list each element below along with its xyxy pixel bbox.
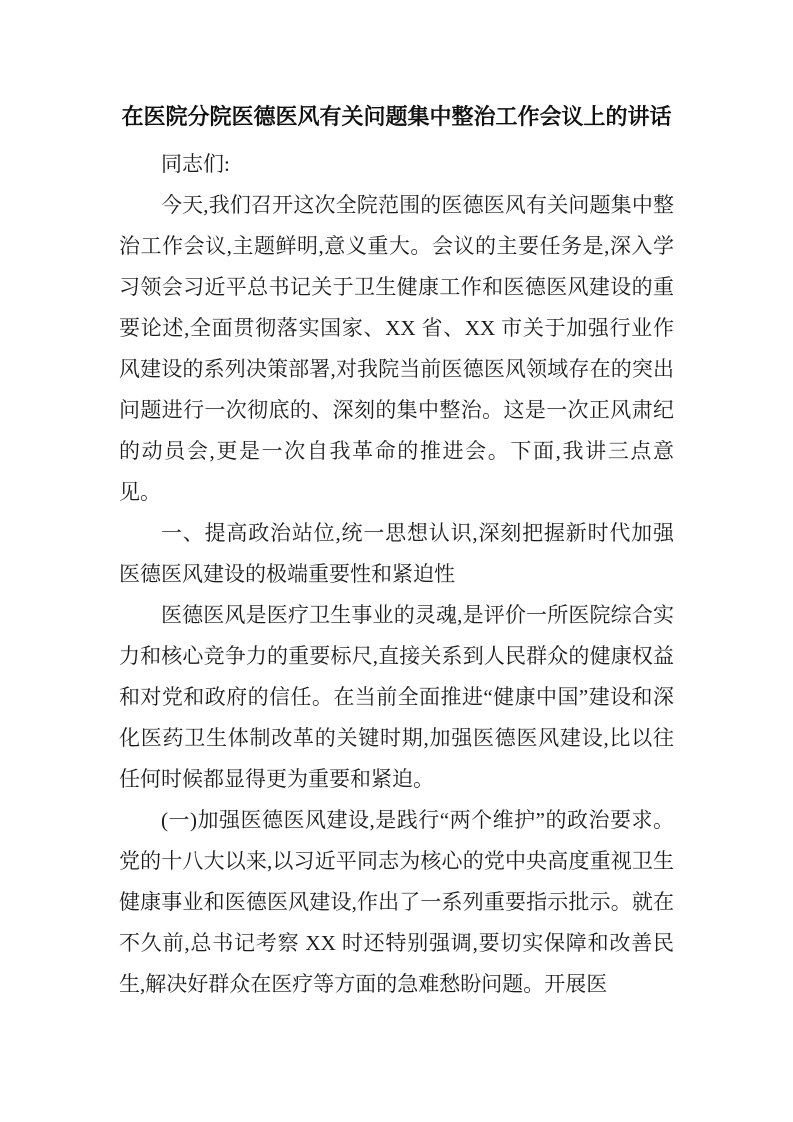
document-title: 在医院分院医德医风有关问题集中整治工作会议上的讲话 (119, 100, 674, 134)
paragraph: 一、提高政治站位,统一思想认识,深刻把握新时代加强医德医风建设的极端重要性和紧迫… (119, 513, 674, 595)
paragraph: 同志们: (119, 144, 674, 185)
document-page: 在医院分院医德医风有关问题集中整治工作会议上的讲话 同志们:今天,我们召开这次全… (0, 0, 793, 1122)
paragraph: (一)加强医德医风建设,是践行“两个维护”的政治要求。党的十八大以来,以习近平同… (119, 800, 674, 1005)
paragraph: 今天,我们召开这次全院范围的医德医风有关问题集中整治工作会议,主题鲜明,意义重大… (119, 185, 674, 513)
document-content: 在医院分院医德医风有关问题集中整治工作会议上的讲话 同志们:今天,我们召开这次全… (0, 0, 793, 1005)
paragraph: 医德医风是医疗卫生事业的灵魂,是评价一所医院综合实力和核心竞争力的重要标尺,直接… (119, 595, 674, 800)
document-body: 同志们:今天,我们召开这次全院范围的医德医风有关问题集中整治工作会议,主题鲜明,… (119, 144, 674, 1005)
